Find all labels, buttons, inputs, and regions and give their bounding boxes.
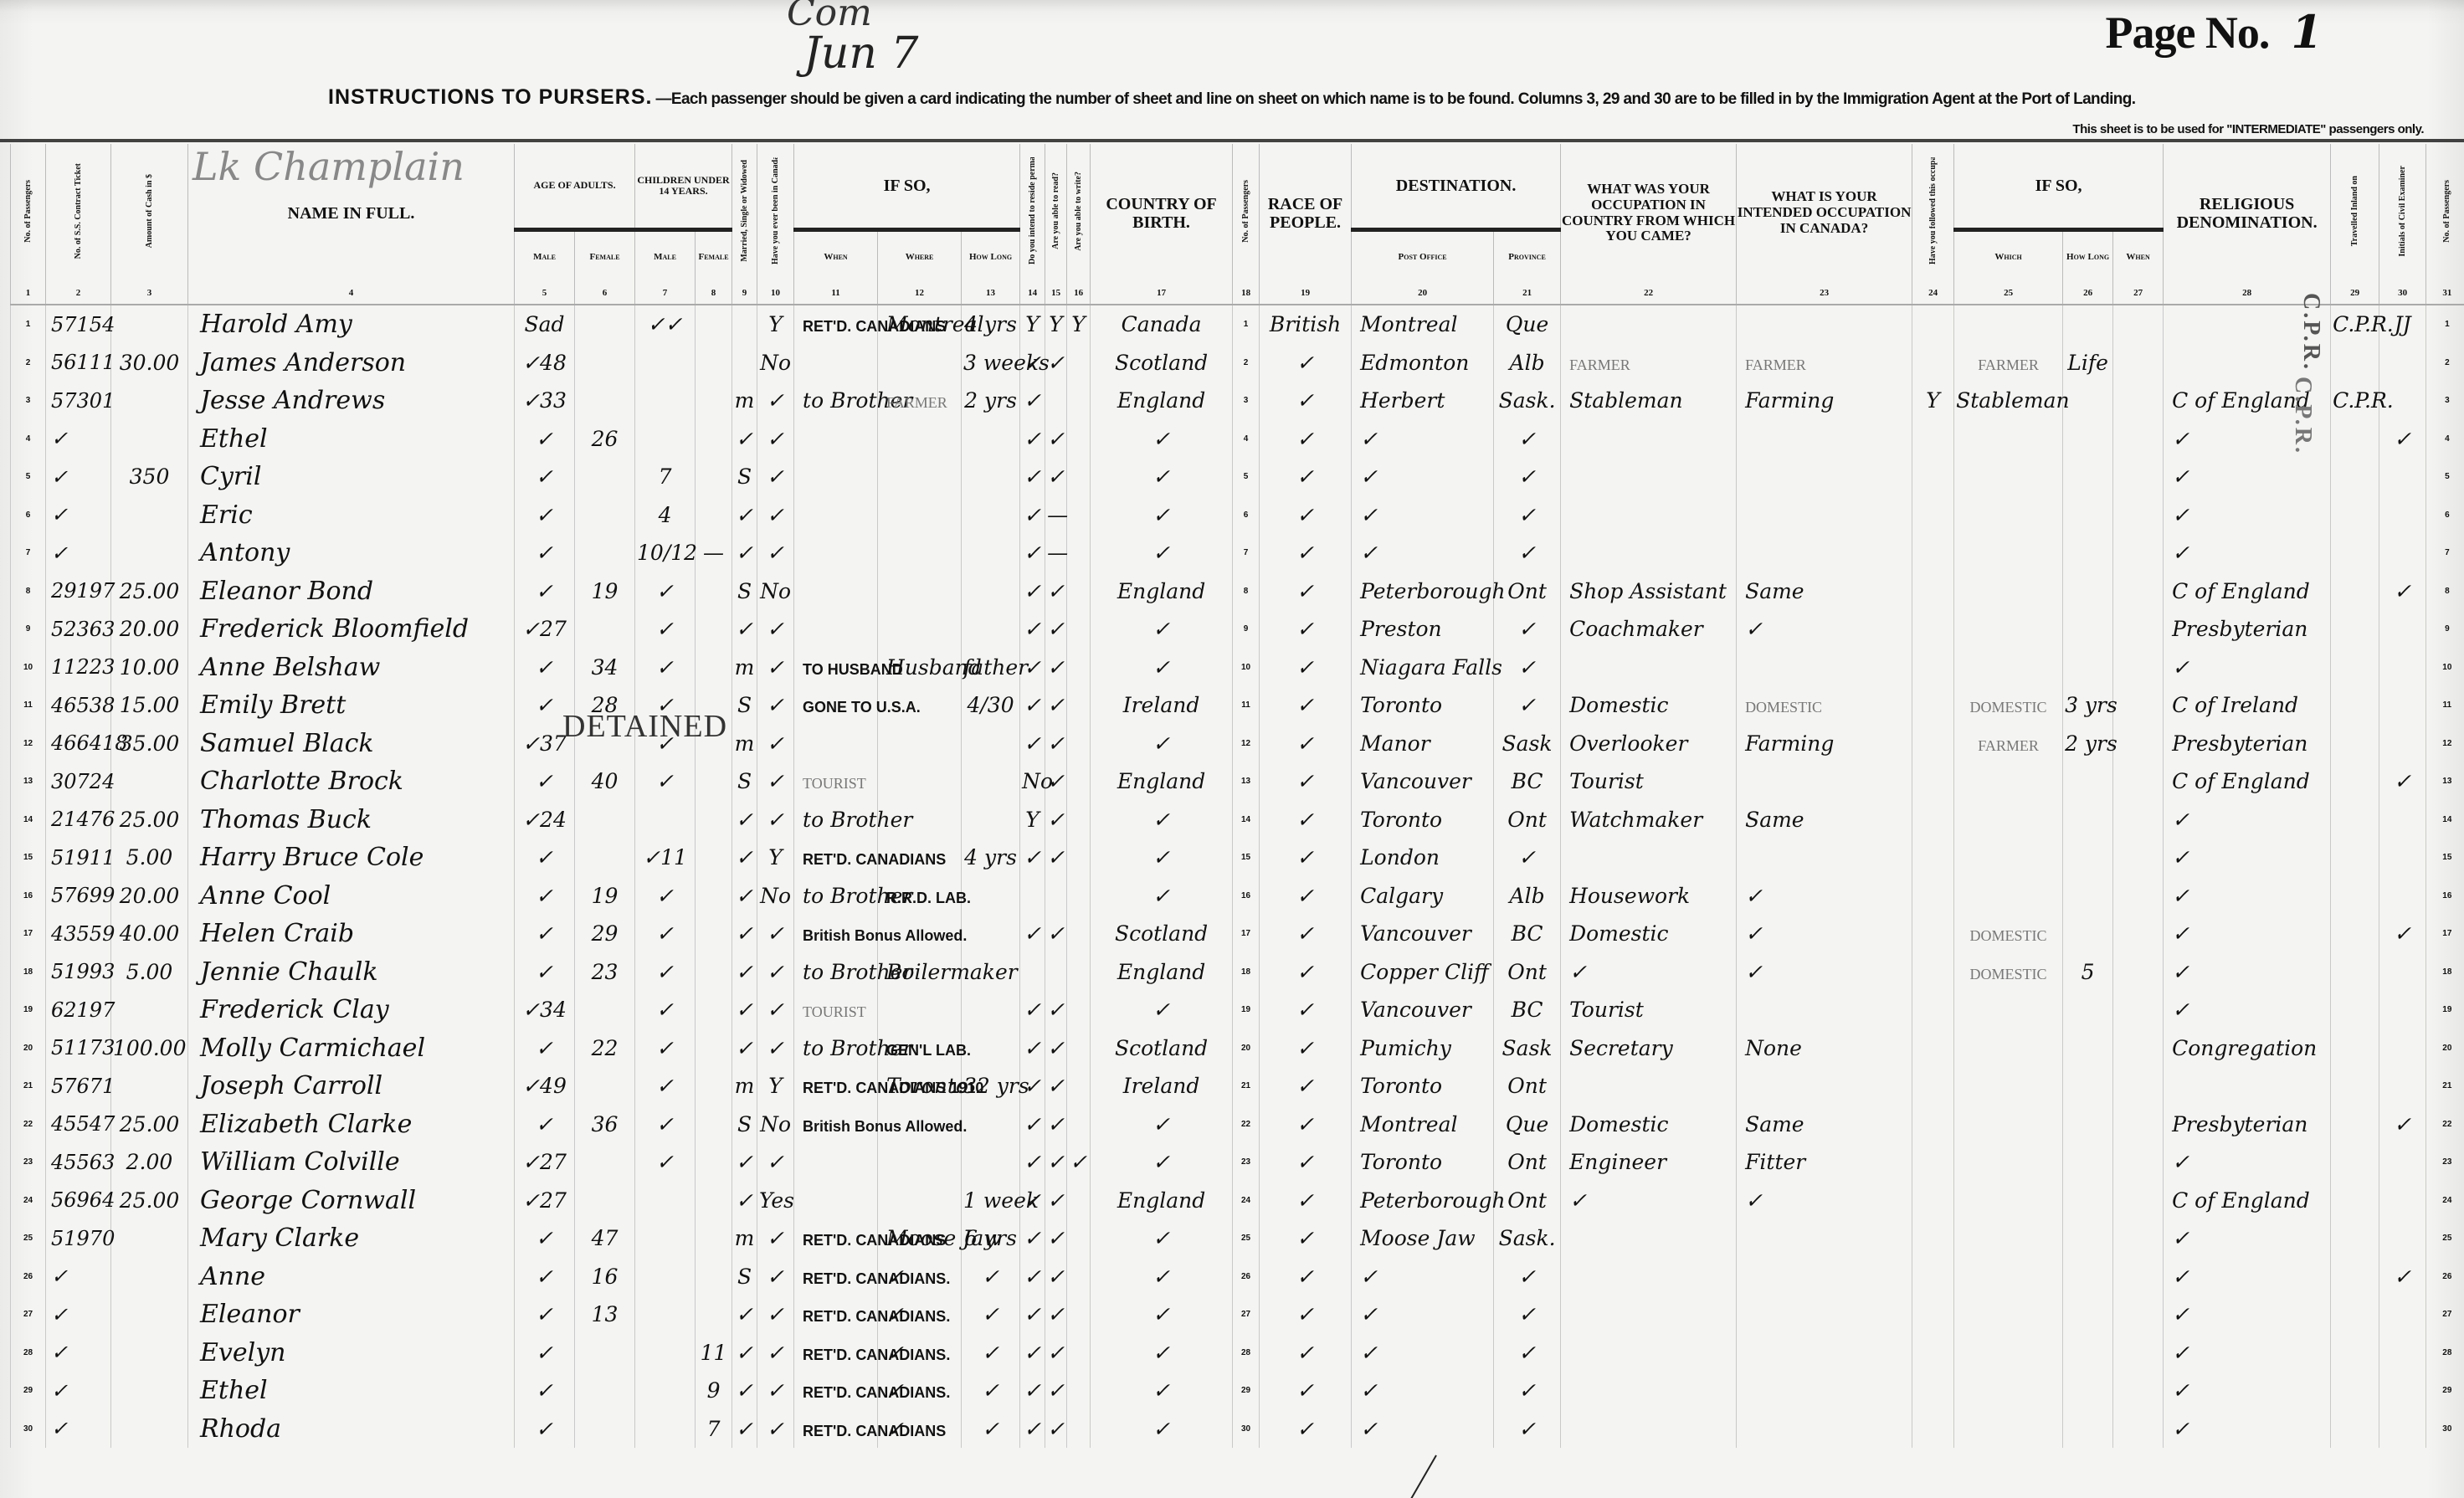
- cell-line: 20: [11, 1029, 46, 1068]
- cell-religion: Presbyterian: [2164, 610, 2331, 649]
- cell-write: [1067, 1106, 1091, 1144]
- cell-read: ✓: [1045, 725, 1067, 763]
- cell-examiner: [2379, 1372, 2426, 1410]
- cell-birth: England: [1091, 572, 1233, 611]
- cell-reside: [1020, 953, 1045, 992]
- cell-name: Eric: [188, 496, 515, 535]
- cell-line: 6: [2426, 496, 2464, 535]
- cell-religion: ✓: [2164, 915, 2331, 953]
- table-row: 1246641835.00Samuel Black✓37✓m✓✓✓✓12✓Man…: [11, 725, 2464, 763]
- cell-when2: [2113, 1410, 2164, 1449]
- column-number: 9: [732, 282, 757, 305]
- cell-which: [1954, 1143, 2063, 1182]
- cell-line: 30: [2426, 1410, 2464, 1449]
- cell-m-child: ✓: [635, 610, 696, 649]
- cell-line: 25: [1233, 1219, 1260, 1258]
- cell-cash: 25.00: [111, 572, 188, 611]
- cell-which: FARMER: [1954, 344, 2063, 382]
- cell-birth: England: [1091, 762, 1233, 801]
- cell-write: [1067, 686, 1091, 725]
- cell-occ-prev: FARMER: [1561, 344, 1737, 382]
- cell-examiner: [2379, 991, 2426, 1029]
- cell-line: 8: [1233, 572, 1260, 611]
- table-row: 165769920.00Anne Cool✓19✓✓Noto BrotherR.…: [11, 877, 2464, 916]
- cell-marital: ✓: [732, 1143, 757, 1182]
- cell-followed: [1912, 572, 1954, 611]
- cell-race: ✓: [1260, 610, 1352, 649]
- cell-examiner: [2379, 534, 2426, 572]
- cell-line: 9: [1233, 610, 1260, 649]
- cell-province: BC: [1494, 762, 1561, 801]
- cell-cash: [111, 1334, 188, 1372]
- cell-race: ✓: [1260, 496, 1352, 535]
- cell-m-child: ✓: [635, 572, 696, 611]
- cell-f-adult: [575, 801, 635, 839]
- cell-race: ✓: [1260, 572, 1352, 611]
- cell-m-adult: Sad: [515, 305, 575, 344]
- cell-read: ✓: [1045, 458, 1067, 496]
- cell-read: ✓: [1045, 1182, 1067, 1220]
- cell-line: 18: [2426, 953, 2464, 992]
- cell-m-child: [635, 1219, 696, 1258]
- cell-post-office: Vancouver: [1352, 991, 1494, 1029]
- cell-birth: ✓: [1091, 1410, 1233, 1449]
- cell-post-office: Calgary: [1352, 877, 1494, 916]
- cell-when: British Bonus Allowed.: [794, 1106, 878, 1144]
- cell-marital: ✓: [732, 915, 757, 953]
- cell-examiner: ✓: [2379, 1106, 2426, 1144]
- cell-examiner: [2379, 801, 2426, 839]
- cell-canada-before: ✓: [757, 420, 794, 459]
- cell-read: [1045, 953, 1067, 992]
- cell-f-child: [696, 496, 732, 535]
- cell-when: to Brother: [794, 953, 878, 992]
- cell-line: 14: [2426, 801, 2464, 839]
- cell-name: Rhoda: [188, 1410, 515, 1449]
- cell-write: [1067, 877, 1091, 916]
- cell-canada-before: ✓: [757, 725, 794, 763]
- cell-f-child: [696, 762, 732, 801]
- cell-inland: [2331, 725, 2379, 763]
- cell-line: 17: [2426, 915, 2464, 953]
- cell-cash: 30.00: [111, 344, 188, 382]
- cell-where: [878, 610, 962, 649]
- col-header-prev-occupation: WHAT WAS YOUR OCCUPATION IN COUNTRY FROM…: [1561, 144, 1737, 282]
- cell-how-long2: [2063, 801, 2113, 839]
- cell-which: [1954, 1258, 2063, 1296]
- cell-inland: [2331, 1182, 2379, 1220]
- cell-when: TO HUSBAND: [794, 649, 878, 687]
- cell-examiner: ✓: [2379, 420, 2426, 459]
- cell-read: ✓: [1045, 1106, 1067, 1144]
- cell-canada-before: ✓: [757, 1029, 794, 1068]
- cell-name: Eleanor: [188, 1295, 515, 1334]
- cell-line: 19: [2426, 991, 2464, 1029]
- cell-how-long: [962, 610, 1020, 649]
- cell-how-long: father: [962, 649, 1020, 687]
- cell-post-office: Peterborough: [1352, 1182, 1494, 1220]
- cell-occ-intended: [1737, 1295, 1912, 1334]
- cell-m-adult: ✓: [515, 1219, 575, 1258]
- cell-province: ✓: [1494, 1410, 1561, 1449]
- cell-how-long2: [2063, 610, 2113, 649]
- cell-religion: ✓: [2164, 1295, 2331, 1334]
- table-row: 101122310.00Anne Belshaw✓34✓m✓TO HUSBAND…: [11, 649, 2464, 687]
- cell-m-adult: ✓33: [515, 382, 575, 420]
- cell-religion: ✓: [2164, 1143, 2331, 1182]
- cell-name: Anne Belshaw: [188, 649, 515, 687]
- column-number: 4: [188, 282, 515, 305]
- cell-line: 11: [11, 686, 46, 725]
- cell-race: ✓: [1260, 1410, 1352, 1449]
- cell-line: 1: [2426, 305, 2464, 344]
- cell-m-adult: ✓34: [515, 991, 575, 1029]
- cell-province: ✓: [1494, 610, 1561, 649]
- cell-write: ✓: [1067, 1143, 1091, 1182]
- column-number: 16: [1067, 282, 1091, 305]
- cell-ticket: 30724: [46, 762, 111, 801]
- cell-province: BC: [1494, 915, 1561, 953]
- cell-cash: [111, 420, 188, 459]
- table-row: 174355940.00Helen Craib✓29✓✓✓British Bon…: [11, 915, 2464, 953]
- cell-line: 30: [11, 1410, 46, 1449]
- cell-marital: S: [732, 458, 757, 496]
- cell-how-long2: [2063, 1106, 2113, 1144]
- cell-m-child: ✓: [635, 1106, 696, 1144]
- cell-religion: C of England: [2164, 762, 2331, 801]
- cell-where: R.R.D. LAB.: [878, 877, 962, 916]
- cell-m-adult: ✓: [515, 1410, 575, 1449]
- cell-when: [794, 420, 878, 459]
- cell-how-long2: [2063, 1143, 2113, 1182]
- cell-f-adult: [575, 1182, 635, 1220]
- cell-where: Boilermaker: [878, 953, 962, 992]
- cell-religion: ✓: [2164, 953, 2331, 992]
- cell-m-child: [635, 1182, 696, 1220]
- cell-followed: [1912, 649, 1954, 687]
- cell-f-adult: [575, 1143, 635, 1182]
- col-header-examiner: Initials of Civil Examiner: [2379, 144, 2426, 282]
- cell-occ-intended: Same: [1737, 801, 1912, 839]
- cell-line: 10: [1233, 649, 1260, 687]
- cell-m-adult: ✓27: [515, 1143, 575, 1182]
- cell-when2: [2113, 991, 2164, 1029]
- cell-when2: [2113, 915, 2164, 953]
- cell-when: [794, 725, 878, 763]
- cell-line: 25: [2426, 1219, 2464, 1258]
- cell-marital: ✓: [732, 1334, 757, 1372]
- cell-f-adult: 29: [575, 915, 635, 953]
- cell-occ-prev: [1561, 839, 1737, 877]
- cell-f-adult: [575, 1334, 635, 1372]
- cell-followed: [1912, 915, 1954, 953]
- cell-name: Mary Clarke: [188, 1219, 515, 1258]
- cell-reside: ✓: [1020, 534, 1045, 572]
- cell-examiner: [2379, 686, 2426, 725]
- cell-birth: ✓: [1091, 496, 1233, 535]
- cell-examiner: [2379, 382, 2426, 420]
- cell-m-child: 4: [635, 496, 696, 535]
- cell-how-long2: 5: [2063, 953, 2113, 992]
- cell-f-child: [696, 344, 732, 382]
- table-row: 28✓Evelyn✓11✓✓RET'D. CANADIANS.✓✓✓✓✓28✓✓…: [11, 1334, 2464, 1372]
- cell-f-child: [696, 1182, 732, 1220]
- cell-birth: ✓: [1091, 1258, 1233, 1296]
- cell-canada-before: Y: [757, 839, 794, 877]
- cell-line: 17: [11, 915, 46, 953]
- cell-write: [1067, 420, 1091, 459]
- cell-cash: [111, 1258, 188, 1296]
- cell-f-child: [696, 953, 732, 992]
- cell-line: 22: [1233, 1106, 1260, 1144]
- cell-inland: [2331, 534, 2379, 572]
- cell-occ-intended: ✓: [1737, 610, 1912, 649]
- cell-how-long: [962, 458, 1020, 496]
- cell-marital: m: [732, 1067, 757, 1106]
- cell-line: 25: [11, 1219, 46, 1258]
- cell-reside: ✓: [1020, 1334, 1045, 1372]
- cell-m-adult: ✓: [515, 649, 575, 687]
- cell-when2: [2113, 762, 2164, 801]
- cell-occ-intended: [1737, 1219, 1912, 1258]
- cell-examiner: ✓: [2379, 762, 2426, 801]
- cell-post-office: London: [1352, 839, 1494, 877]
- cell-occ-prev: Stableman: [1561, 382, 1737, 420]
- cell-m-child: 10/12: [635, 534, 696, 572]
- cell-post-office: Toronto: [1352, 1143, 1494, 1182]
- cell-inland: [2331, 686, 2379, 725]
- instructions-heading: INSTRUCTIONS TO PURSERS.: [328, 85, 652, 109]
- cell-when2: [2113, 839, 2164, 877]
- cell-occ-intended: [1737, 420, 1912, 459]
- cell-race: ✓: [1260, 1143, 1352, 1182]
- cell-where: [878, 534, 962, 572]
- cell-examiner: [2379, 1182, 2426, 1220]
- cell-name: Harry Bruce Cole: [188, 839, 515, 877]
- cell-how-long2: [2063, 572, 2113, 611]
- cell-ticket: 11223: [46, 649, 111, 687]
- cell-examiner: JJ: [2379, 305, 2426, 344]
- cell-when: to Brother: [794, 1029, 878, 1068]
- cell-how-long: 4 yrs: [962, 305, 1020, 344]
- cell-when2: [2113, 1372, 2164, 1410]
- table-row: 2051173100.00Molly Carmichael✓22✓✓✓to Br…: [11, 1029, 2464, 1068]
- cell-birth: ✓: [1091, 534, 1233, 572]
- cell-religion: ✓: [2164, 1372, 2331, 1410]
- cell-f-adult: [575, 534, 635, 572]
- cell-religion: ✓: [2164, 1258, 2331, 1296]
- cell-m-child: [635, 1372, 696, 1410]
- cell-reside: [1020, 877, 1045, 916]
- cell-line: 3: [11, 382, 46, 420]
- col-header-intended-occupation: WHAT IS YOUR INTENDED OCCUPATION IN CANA…: [1737, 144, 1912, 282]
- cell-occ-intended: ✓: [1737, 953, 1912, 992]
- cell-which: Stableman: [1954, 382, 2063, 420]
- cell-m-adult: ✓: [515, 1334, 575, 1372]
- col-header-when-2: When: [2113, 230, 2164, 283]
- cell-occ-prev: [1561, 1295, 1737, 1334]
- column-number: 20: [1352, 282, 1494, 305]
- cell-m-child: ✓: [635, 991, 696, 1029]
- cell-province: ✓: [1494, 420, 1561, 459]
- cell-marital: ✓: [732, 1372, 757, 1410]
- cell-f-adult: 47: [575, 1219, 635, 1258]
- cell-line: 8: [11, 572, 46, 611]
- cell-cash: [111, 762, 188, 801]
- cell-how-long: [962, 1106, 1020, 1144]
- cell-province: ✓: [1494, 839, 1561, 877]
- table-row: 30✓Rhoda✓7✓✓RET'D. CANADIANS✓✓✓✓✓30✓✓✓✓3…: [11, 1410, 2464, 1449]
- cell-line: 2: [1233, 344, 1260, 382]
- column-number: 18: [1233, 282, 1260, 305]
- cell-line: 15: [2426, 839, 2464, 877]
- cell-birth: ✓: [1091, 725, 1233, 763]
- cell-when: to Brother: [794, 801, 878, 839]
- cell-examiner: ✓: [2379, 1258, 2426, 1296]
- cell-occ-intended: ✓: [1737, 915, 1912, 953]
- cell-birth: England: [1091, 953, 1233, 992]
- col-header-child-male: Male: [635, 230, 696, 283]
- cell-post-office: Copper Cliff: [1352, 953, 1494, 992]
- cell-birth: ✓: [1091, 1143, 1233, 1182]
- col-header-if-so-2: IF SO,: [1954, 144, 2164, 230]
- cell-f-adult: [575, 305, 635, 344]
- cell-name: Anne Cool: [188, 877, 515, 916]
- cell-inland: [2331, 1106, 2379, 1144]
- cell-f-child: [696, 915, 732, 953]
- cell-canada-before: ✓: [757, 534, 794, 572]
- cell-line: 21: [1233, 1067, 1260, 1106]
- cell-reside: ✓: [1020, 1295, 1045, 1334]
- cell-followed: [1912, 877, 1954, 916]
- cell-where: [878, 1182, 962, 1220]
- cell-f-child: [696, 420, 732, 459]
- cell-f-child: 9: [696, 1372, 732, 1410]
- cell-inland: [2331, 458, 2379, 496]
- cell-name: Joseph Carroll: [188, 1067, 515, 1106]
- cell-f-child: [696, 801, 732, 839]
- cell-write: Y: [1067, 305, 1091, 344]
- cell-marital: m: [732, 1219, 757, 1258]
- cell-post-office: Moose Jaw: [1352, 1219, 1494, 1258]
- cell-religion: ✓: [2164, 1219, 2331, 1258]
- cell-where: Montreal: [878, 305, 962, 344]
- cell-reside: Y: [1020, 305, 1045, 344]
- cell-occ-prev: Tourist: [1561, 991, 1737, 1029]
- col-header-passenger-no: No. of Passengers: [11, 144, 46, 282]
- cell-f-child: 11: [696, 1334, 732, 1372]
- cell-line: 9: [2426, 610, 2464, 649]
- cell-when2: [2113, 801, 2164, 839]
- cell-when2: [2113, 1106, 2164, 1144]
- rubber-stamp: DOMESTIC: [1970, 699, 2047, 716]
- rubber-stamp: FARMER: [886, 394, 947, 411]
- cell-canada-before: ✓: [757, 762, 794, 801]
- cell-f-child: [696, 610, 732, 649]
- cell-occ-intended: [1737, 534, 1912, 572]
- cell-write: [1067, 839, 1091, 877]
- cell-occ-intended: [1737, 1258, 1912, 1296]
- cell-race: ✓: [1260, 1067, 1352, 1106]
- cell-line: 12: [11, 725, 46, 763]
- cell-line: 20: [2426, 1029, 2464, 1068]
- cell-cash: [111, 1410, 188, 1449]
- cell-line: 1: [11, 305, 46, 344]
- cell-reside: ✓: [1020, 458, 1045, 496]
- cell-which: [1954, 572, 2063, 611]
- table-row: 27✓Eleanor✓13✓✓RET'D. CANADIANS.✓✓✓✓✓27✓…: [11, 1295, 2464, 1334]
- cell-inland: [2331, 801, 2379, 839]
- cell-examiner: ✓: [2379, 915, 2426, 953]
- cell-f-child: [696, 1106, 732, 1144]
- cell-read: ✓: [1045, 991, 1067, 1029]
- cell-where: Moose Jaw: [878, 1219, 962, 1258]
- cell-name: Ethel: [188, 1372, 515, 1410]
- cell-post-office: ✓: [1352, 534, 1494, 572]
- cell-inland: [2331, 1029, 2379, 1068]
- cell-canada-before: ✓: [757, 991, 794, 1029]
- cell-name: Thomas Buck: [188, 801, 515, 839]
- cell-race: ✓: [1260, 725, 1352, 763]
- cell-m-child: [635, 1258, 696, 1296]
- cell-marital: m: [732, 382, 757, 420]
- cell-marital: ✓: [732, 1182, 757, 1220]
- cell-line: 6: [11, 496, 46, 535]
- cell-line: 16: [11, 877, 46, 916]
- cell-reside: ✓: [1020, 1410, 1045, 1449]
- cell-canada-before: ✓: [757, 1219, 794, 1258]
- cell-inland: C.P.R.: [2331, 305, 2379, 344]
- note-line-2: Jun 7: [803, 32, 918, 75]
- cell-occ-prev: [1561, 1219, 1737, 1258]
- cell-religion: ✓: [2164, 458, 2331, 496]
- cell-occ-prev: Domestic: [1561, 915, 1737, 953]
- cell-occ-prev: Domestic: [1561, 686, 1737, 725]
- cell-f-child: [696, 1295, 732, 1334]
- cell-occ-prev: Secretary: [1561, 1029, 1737, 1068]
- cell-which: [1954, 1106, 2063, 1144]
- cell-which: [1954, 496, 2063, 535]
- cell-marital: ✓: [732, 496, 757, 535]
- cell-followed: [1912, 762, 1954, 801]
- rubber-stamp: FARMER: [1978, 737, 2039, 754]
- cell-where: [878, 915, 962, 953]
- cell-f-adult: [575, 1067, 635, 1106]
- cell-when: [794, 534, 878, 572]
- cell-when2: [2113, 496, 2164, 535]
- cell-followed: [1912, 1219, 1954, 1258]
- cell-line: 26: [2426, 1258, 2464, 1296]
- cell-occ-prev: [1561, 1334, 1737, 1372]
- cell-inland: [2331, 915, 2379, 953]
- cell-reside: ✓: [1020, 1372, 1045, 1410]
- cell-ticket: 466418: [46, 725, 111, 763]
- cell-name: Ethel: [188, 420, 515, 459]
- cell-religion: C of England: [2164, 1182, 2331, 1220]
- cell-province: Que: [1494, 305, 1561, 344]
- cell-province: Ont: [1494, 1143, 1561, 1182]
- column-number: 6: [575, 282, 635, 305]
- cell-write: [1067, 725, 1091, 763]
- cell-line: 14: [11, 801, 46, 839]
- cell-f-adult: 13: [575, 1295, 635, 1334]
- cpr-stamp: C.P.R.: [2297, 293, 2324, 372]
- cell-m-child: [635, 1410, 696, 1449]
- cell-f-adult: 22: [575, 1029, 635, 1068]
- cell-province: ✓: [1494, 1295, 1561, 1334]
- cell-examiner: [2379, 344, 2426, 382]
- cell-read: ✓: [1045, 1219, 1067, 1258]
